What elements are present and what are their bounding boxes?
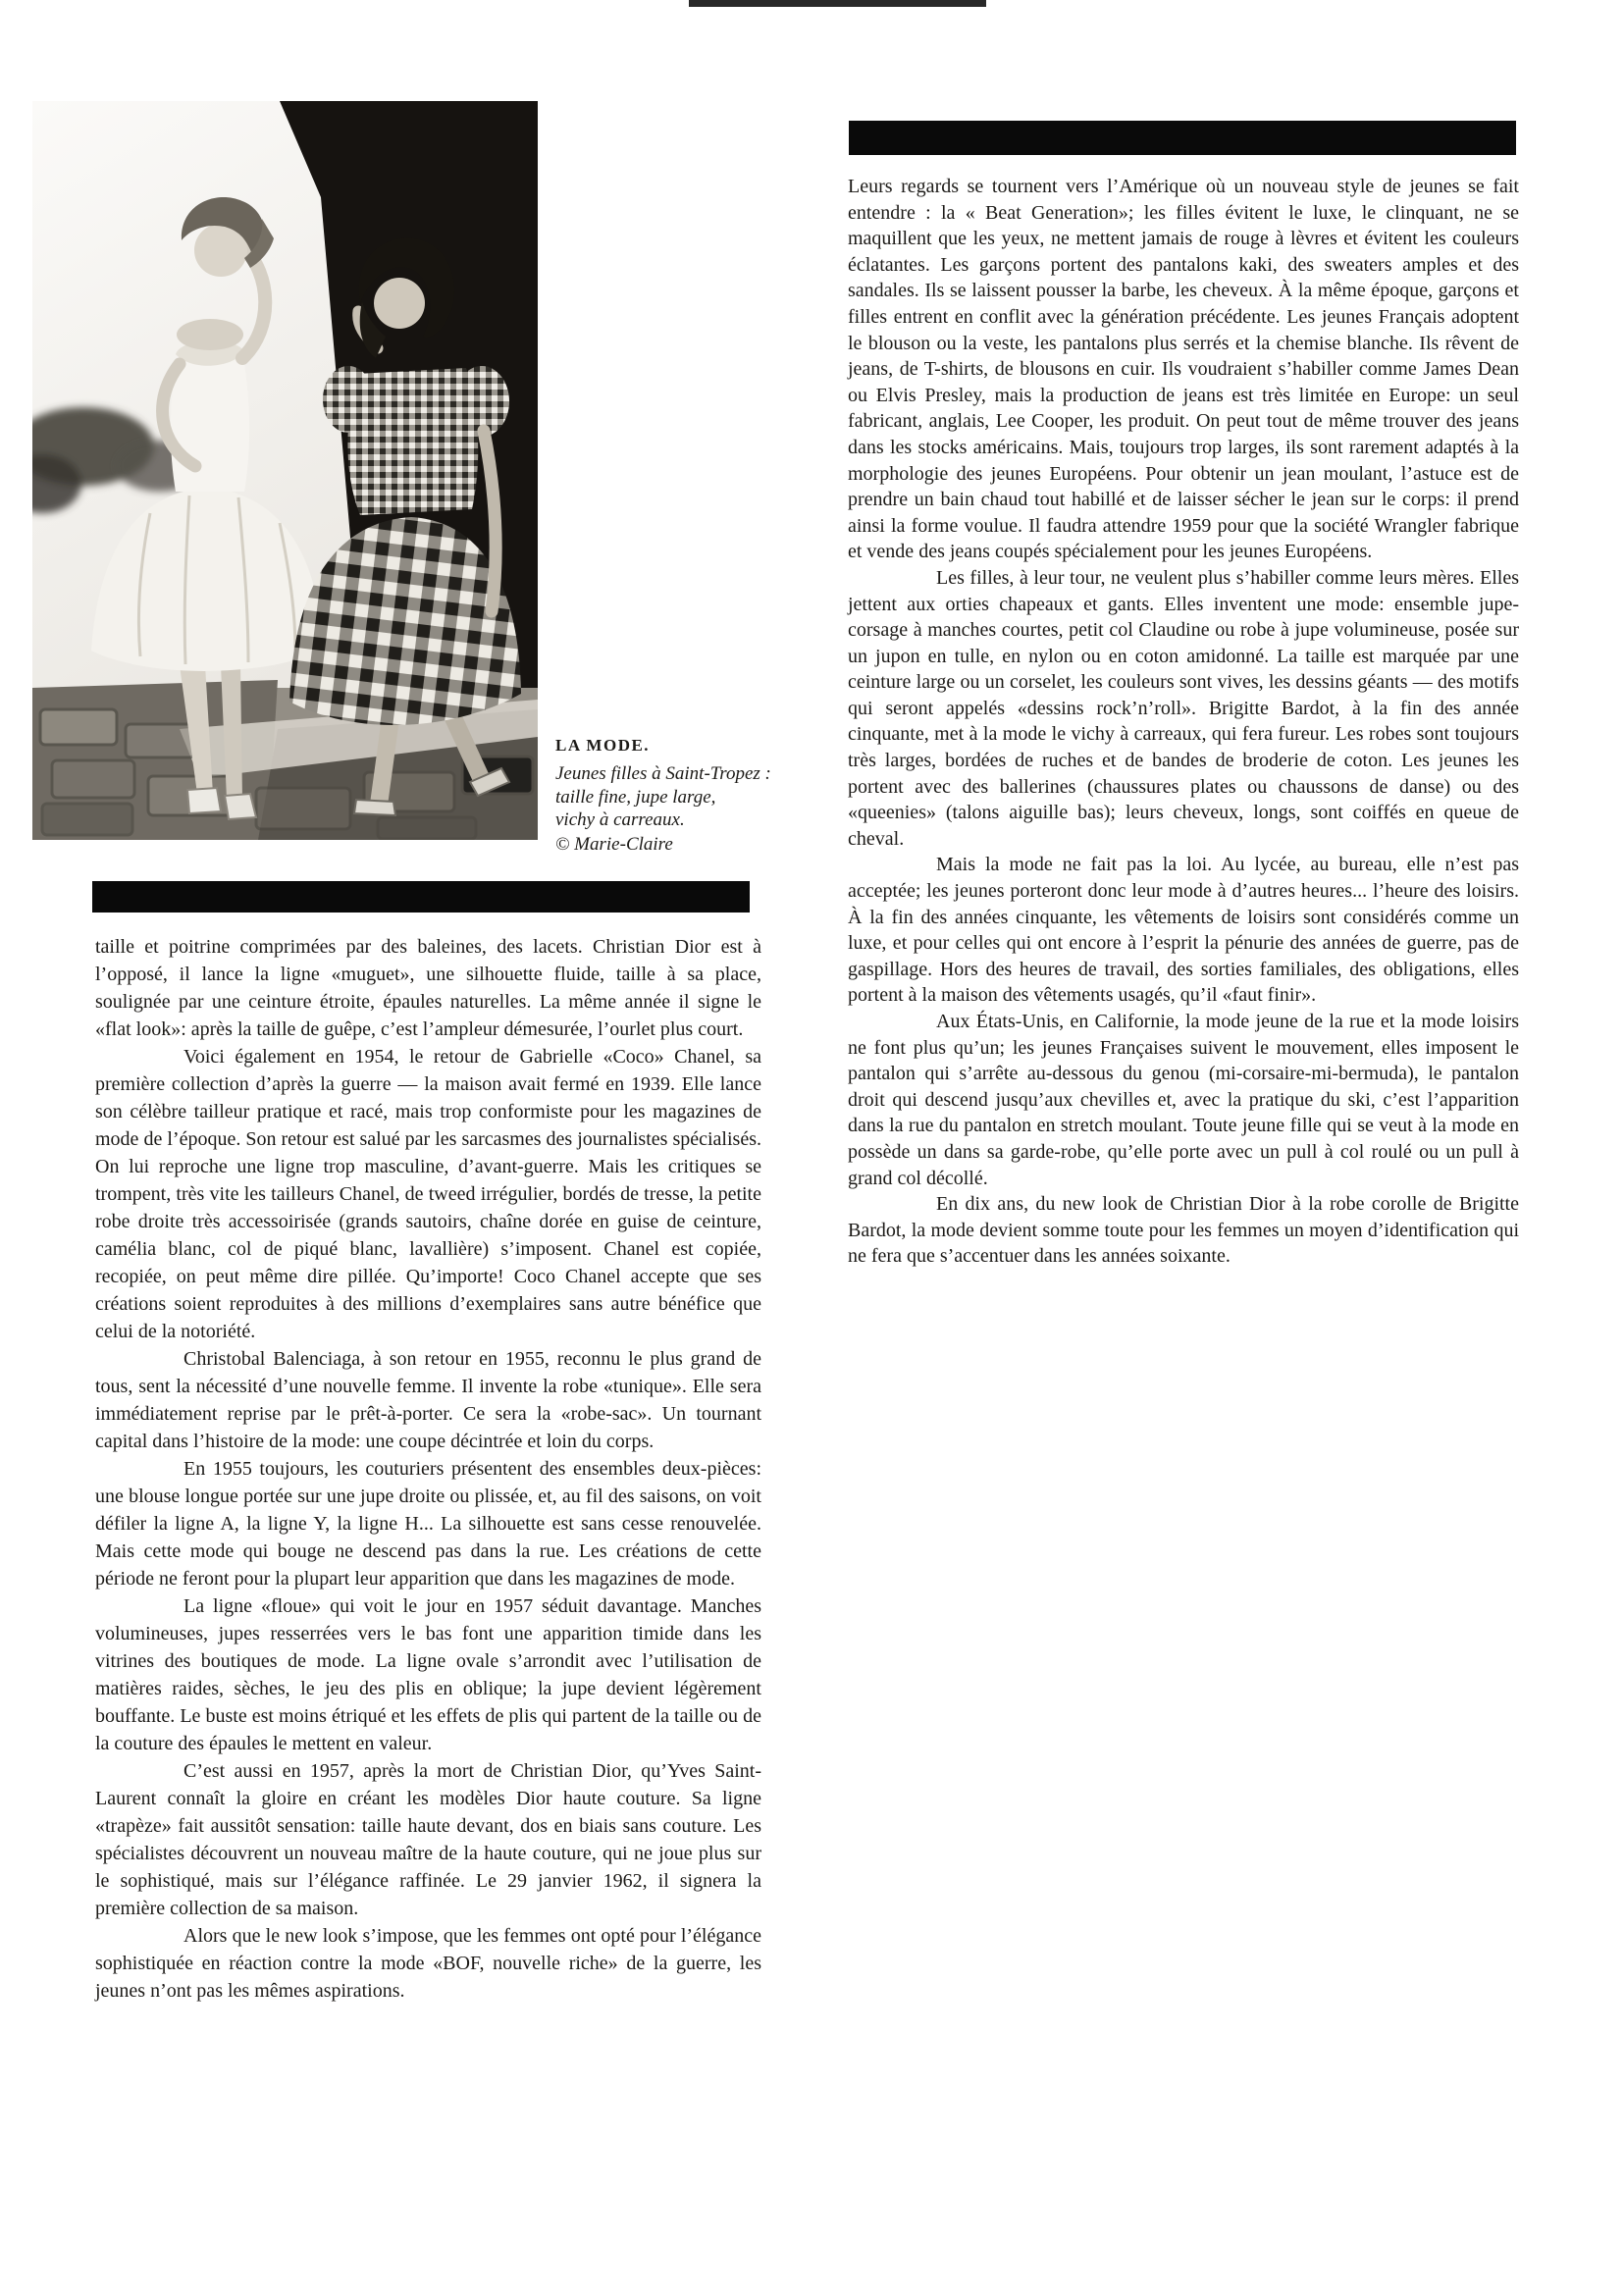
white-heel-shoe-2 <box>225 794 256 819</box>
right-text-column: Leurs regards se tournent vers l’Amériqu… <box>848 174 1519 1270</box>
photo-illustration <box>32 101 538 840</box>
paragraph: Alors que le new look s’impose, que les … <box>95 1922 761 2005</box>
caption-lines: Jeunes filles à Saint-Tropez :taille fin… <box>555 762 838 832</box>
puff-sleeve <box>323 366 374 433</box>
left-text-column: taille et poitrine comprimées par des ba… <box>95 933 761 2005</box>
paragraph: La ligne «floue» qui voit le jour en 195… <box>95 1592 761 1757</box>
caption-credit: © Marie-Claire <box>555 833 838 857</box>
white-blouse <box>171 352 249 492</box>
paragraph: C’est aussi en 1957, après la mort de Ch… <box>95 1757 761 1922</box>
caption-line: vichy à carreaux. <box>555 808 838 832</box>
paragraph: Christobal Balenciaga, à son retour en 1… <box>95 1345 761 1455</box>
caption-line: Jeunes filles à Saint-Tropez : <box>555 762 838 786</box>
face <box>374 278 425 329</box>
shoulders <box>177 319 243 350</box>
flat-sandal <box>354 800 395 815</box>
paragraph: En 1955 toujours, les couturiers présent… <box>95 1455 761 1592</box>
paragraph: Voici également en 1954, le retour de Ga… <box>95 1043 761 1345</box>
paragraph: Les filles, à leur tour, ne veulent plus… <box>848 565 1519 853</box>
top-edge-bar <box>689 0 986 7</box>
right-section-bar <box>849 121 1516 155</box>
paragraph: taille et poitrine comprimées par des ba… <box>95 933 761 1043</box>
caption-title: LA MODE. <box>555 736 838 756</box>
white-heel-shoe <box>187 788 221 813</box>
document-page: LA MODE. Jeunes filles à Saint-Tropez :t… <box>0 0 1624 2295</box>
paragraph: Aux États-Unis, en Californie, la mode j… <box>848 1009 1519 1191</box>
paragraph: Leurs regards se tournent vers l’Amériqu… <box>848 174 1519 565</box>
paragraph: Mais la mode ne fait pas la loi. Au lycé… <box>848 852 1519 1009</box>
paragraph: En dix ans, du new look de Christian Dio… <box>848 1191 1519 1270</box>
caption-line: taille fine, jupe large, <box>555 786 838 809</box>
fashion-photo <box>32 101 538 840</box>
photo-caption: LA MODE. Jeunes filles à Saint-Tropez :t… <box>555 736 838 856</box>
left-section-bar <box>92 881 750 913</box>
